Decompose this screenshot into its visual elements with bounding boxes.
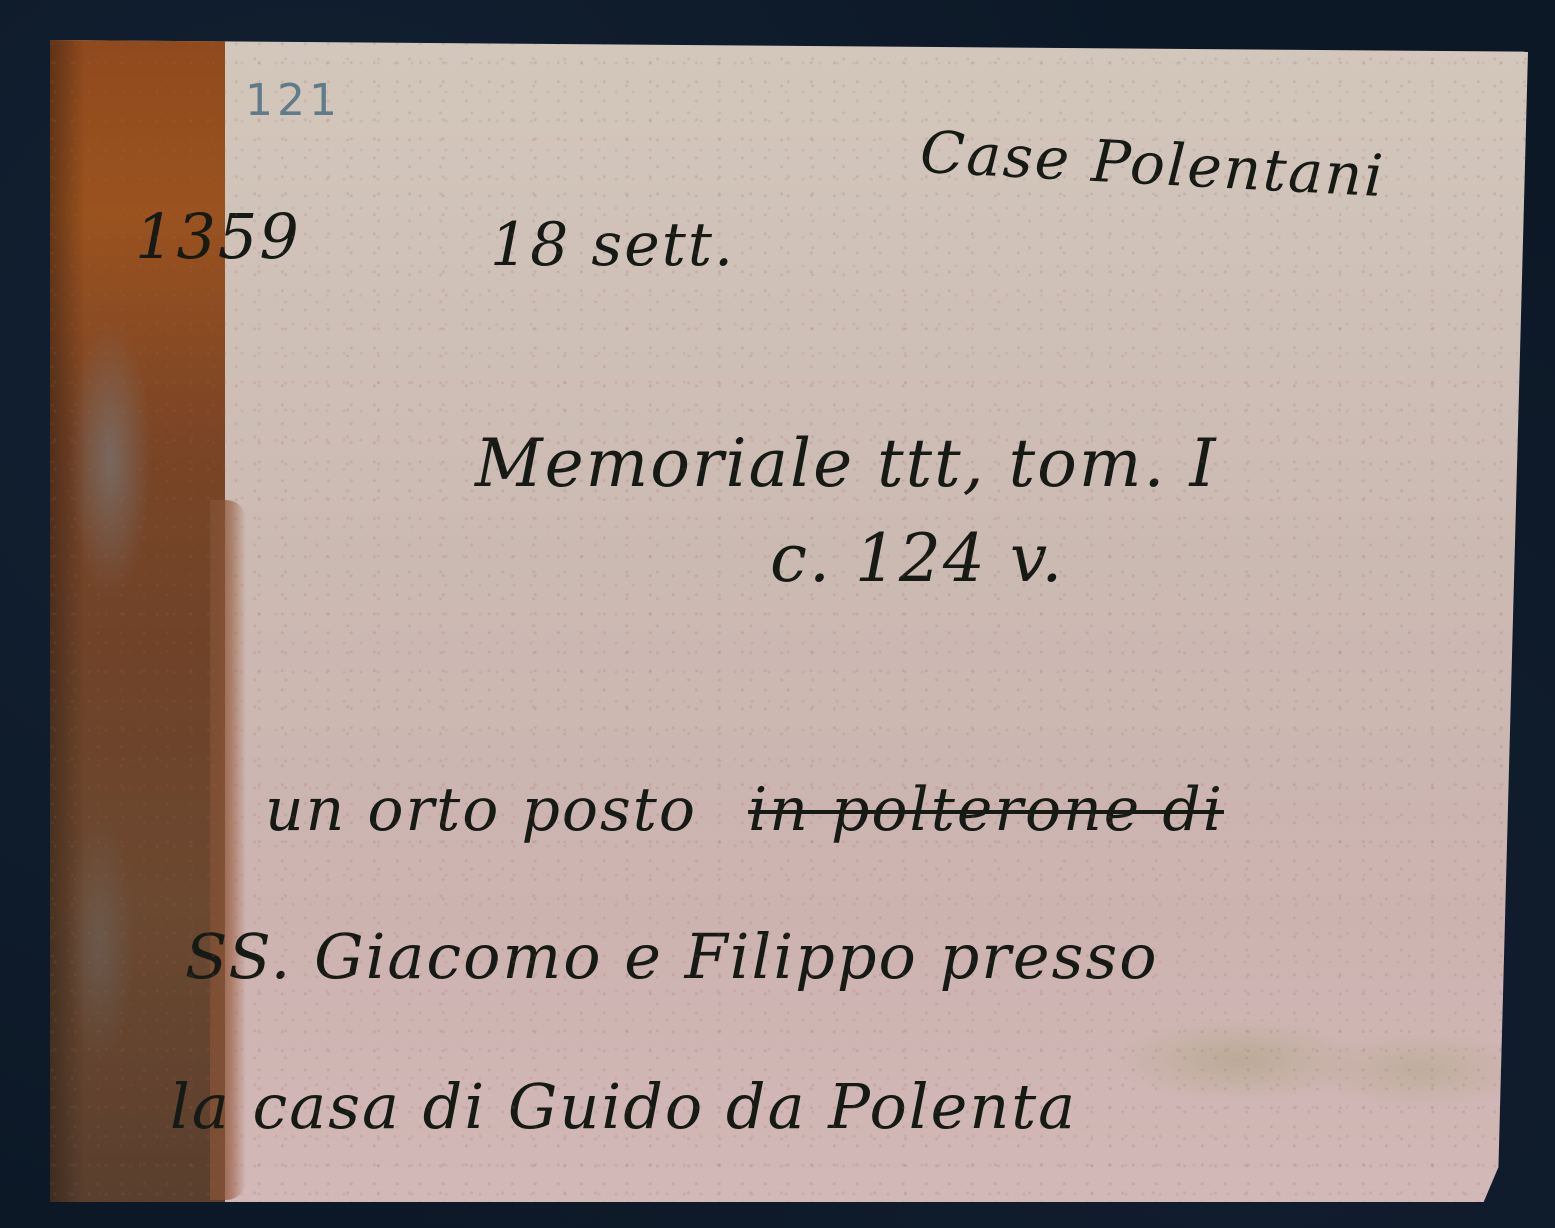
body-line2: SS. Giacomo e Filippo presso	[185, 920, 1159, 993]
struck-out-text: in polterone di	[748, 775, 1224, 845]
date: 18 sett.	[490, 210, 735, 280]
header-title: Case Polentani	[919, 118, 1387, 210]
archive-number: 121	[245, 75, 341, 126]
source-reference-line1: Memoriale ttt, tom. I	[475, 425, 1218, 502]
body-line1-text: un orto posto	[265, 775, 697, 845]
source-reference-line2: c. 124 v.	[770, 520, 1064, 597]
year: 1359	[135, 200, 301, 273]
body-line1: un orto posto in polterone di	[265, 775, 1224, 845]
body-line3: la casa di Guido da Polenta	[170, 1070, 1077, 1143]
archival-note-card: 121 Case Polentani 1359 18 sett. Memoria…	[50, 40, 1528, 1202]
